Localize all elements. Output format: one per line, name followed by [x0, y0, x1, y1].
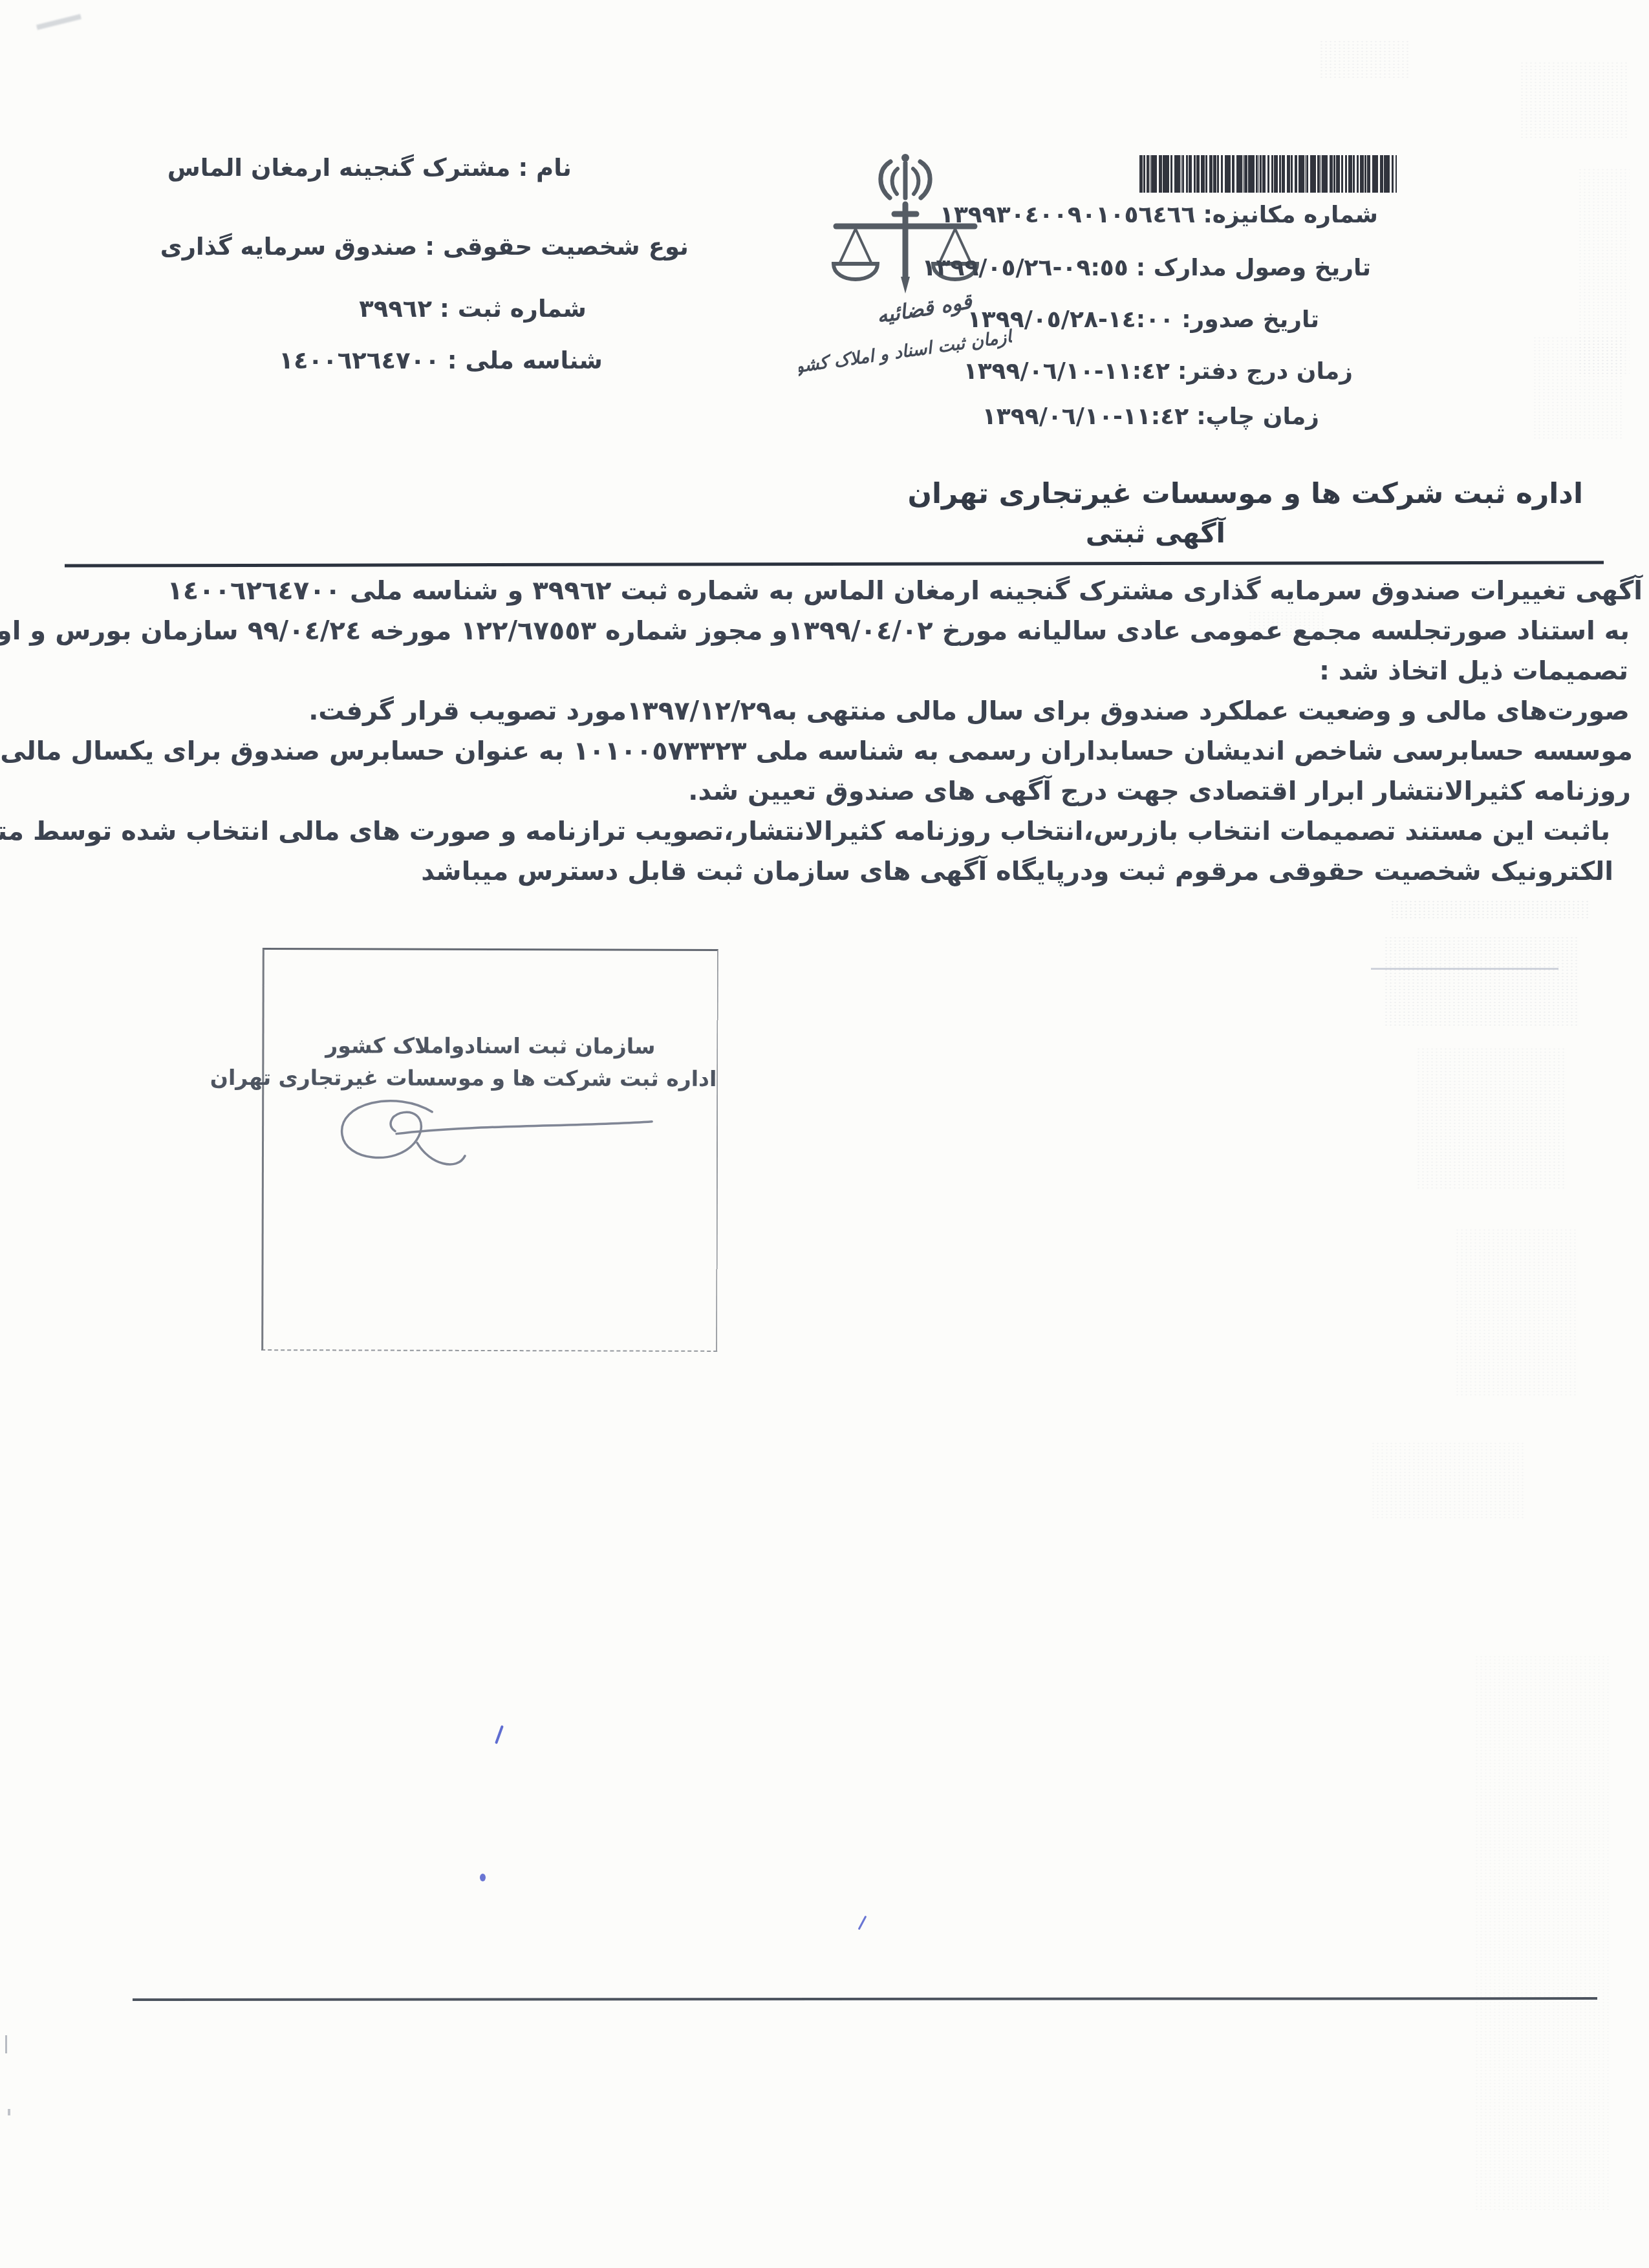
field-label: زمان چاپ: — [1196, 403, 1319, 430]
body-line-1: آگهی تغییرات صندوق سرمایه گذاری مشترک گن… — [167, 576, 1643, 606]
scan-artifact — [1390, 900, 1591, 919]
barcode — [1139, 155, 1397, 193]
scan-artifact — [1416, 1047, 1565, 1190]
separator-rule — [65, 561, 1604, 568]
field-label: شناسه ملی : — [447, 347, 603, 374]
field-print-time: زمان چاپ:١١:٤٢-١٣٩٩/٠٦/١٠ — [982, 403, 1319, 430]
field-value: صندوق سرمایه گذاری — [160, 233, 417, 261]
field-registration-number: شماره ثبت :٣٩٩٦٢ — [359, 295, 587, 323]
field-company-name: نام :مشترک گنجینه ارمغان الماس — [167, 154, 572, 182]
issuing-office-title: اداره ثبت شرکت ها و موسسات غیرتجاری تهرا… — [907, 477, 1583, 510]
field-legal-entity-type: نوع شخصیت حقوقی :صندوق سرمایه گذاری — [160, 233, 689, 261]
judiciary-emblem: قوه قضائیه سازمان ثبت اسناد و املاک کشور — [799, 149, 1012, 389]
scanned-registration-notice: شماره مکانیزه:١٣٩٩٣٠٤٠٠٩٠١٠٥٦٤٦٦ تاریخ و… — [0, 0, 1649, 2268]
body-line-8: الکترونیک شخصیت حقوقی مرقوم ثبت ودرپایگا… — [421, 857, 1613, 886]
scales-of-justice-icon: قوه قضائیه سازمان ثبت اسناد و املاک کشور — [799, 149, 1012, 389]
pen-mark — [480, 1874, 486, 1881]
field-value: مشترک گنجینه ارمغان الماس — [167, 154, 511, 182]
scan-artifact — [1371, 968, 1558, 970]
field-label: تاریخ وصول مدارک : — [1136, 255, 1371, 281]
scan-artifact — [36, 14, 81, 30]
field-ledger-entry-time: زمان درج دفتر:١١:٤٢-١٣٩٩/٠٦/١٠ — [964, 358, 1353, 385]
scan-artifact — [5, 2035, 7, 2053]
field-label: نام : — [518, 154, 572, 182]
pen-mark — [495, 1725, 504, 1744]
scan-artifact — [8, 2109, 10, 2115]
scan-artifact — [1533, 336, 1623, 440]
body-line-6: روزنامه کثیرالانتشار ابرار اقتصادی جهت د… — [688, 776, 1631, 806]
emblem-caption-organization: سازمان ثبت اسناد و املاک کشور — [799, 325, 1012, 379]
scan-artifact — [1248, 611, 1326, 637]
registry-stamp-box: سازمان ثبت اسنادواملاک کشور اداره ثبت شر… — [261, 948, 718, 1352]
scan-artifact — [1455, 1228, 1578, 1396]
scan-artifact — [1520, 61, 1630, 139]
scan-artifact — [1384, 936, 1578, 1027]
notice-type-title: آگهی ثبتی — [1086, 517, 1225, 549]
field-national-id: شناسه ملی :١٤٠٠٦٢٦٤٧٠٠ — [279, 347, 603, 374]
emblem-caption-judiciary: قوه قضائیه — [875, 289, 975, 329]
stamp-organization-line: سازمان ثبت اسنادواملاک کشور — [264, 1032, 717, 1059]
body-line-5: موسسه حسابرسی شاخص اندیشان حسابداران رسم… — [0, 736, 1633, 766]
field-label: تاریخ صدور: — [1181, 306, 1319, 333]
body-line-3: تصمیمات ذیل اتخاذ شد : — [1319, 656, 1628, 686]
scan-artifact — [1371, 1442, 1526, 1519]
body-line-4: صورت‌های مالی و وضعیت عملکرد صندوق برای … — [308, 696, 1630, 726]
scan-artifact — [1319, 40, 1410, 79]
field-label: زمان درج دفتر: — [1178, 358, 1353, 385]
signature — [299, 1079, 681, 1193]
field-value: ٣٩٩٦٢ — [359, 295, 432, 323]
field-issue-date: تاریخ صدور:١٤:٠٠-١٣٩٩/٠٥/٢٨ — [967, 306, 1319, 333]
field-label: نوع شخصیت حقوقی : — [425, 233, 689, 261]
field-value: ١١:٤٢-١٣٩٩/٠٦/١٠ — [982, 403, 1189, 430]
pen-mark — [858, 1916, 867, 1931]
field-label: شماره مکانیزه: — [1203, 202, 1378, 228]
scan-artifact — [1474, 1655, 1610, 2211]
field-value: ١٤٠٠٦٢٦٤٧٠٠ — [279, 347, 439, 374]
field-label: شماره ثبت : — [440, 295, 587, 323]
scan-artifact-bottom-line — [133, 1997, 1597, 2001]
body-line-7: باثبت این مستند تصمیمات انتخاب بازرس،انت… — [0, 817, 1610, 846]
body-line-2: به استناد صورتجلسه مجمع عمومی عادی سالیا… — [0, 616, 1630, 646]
